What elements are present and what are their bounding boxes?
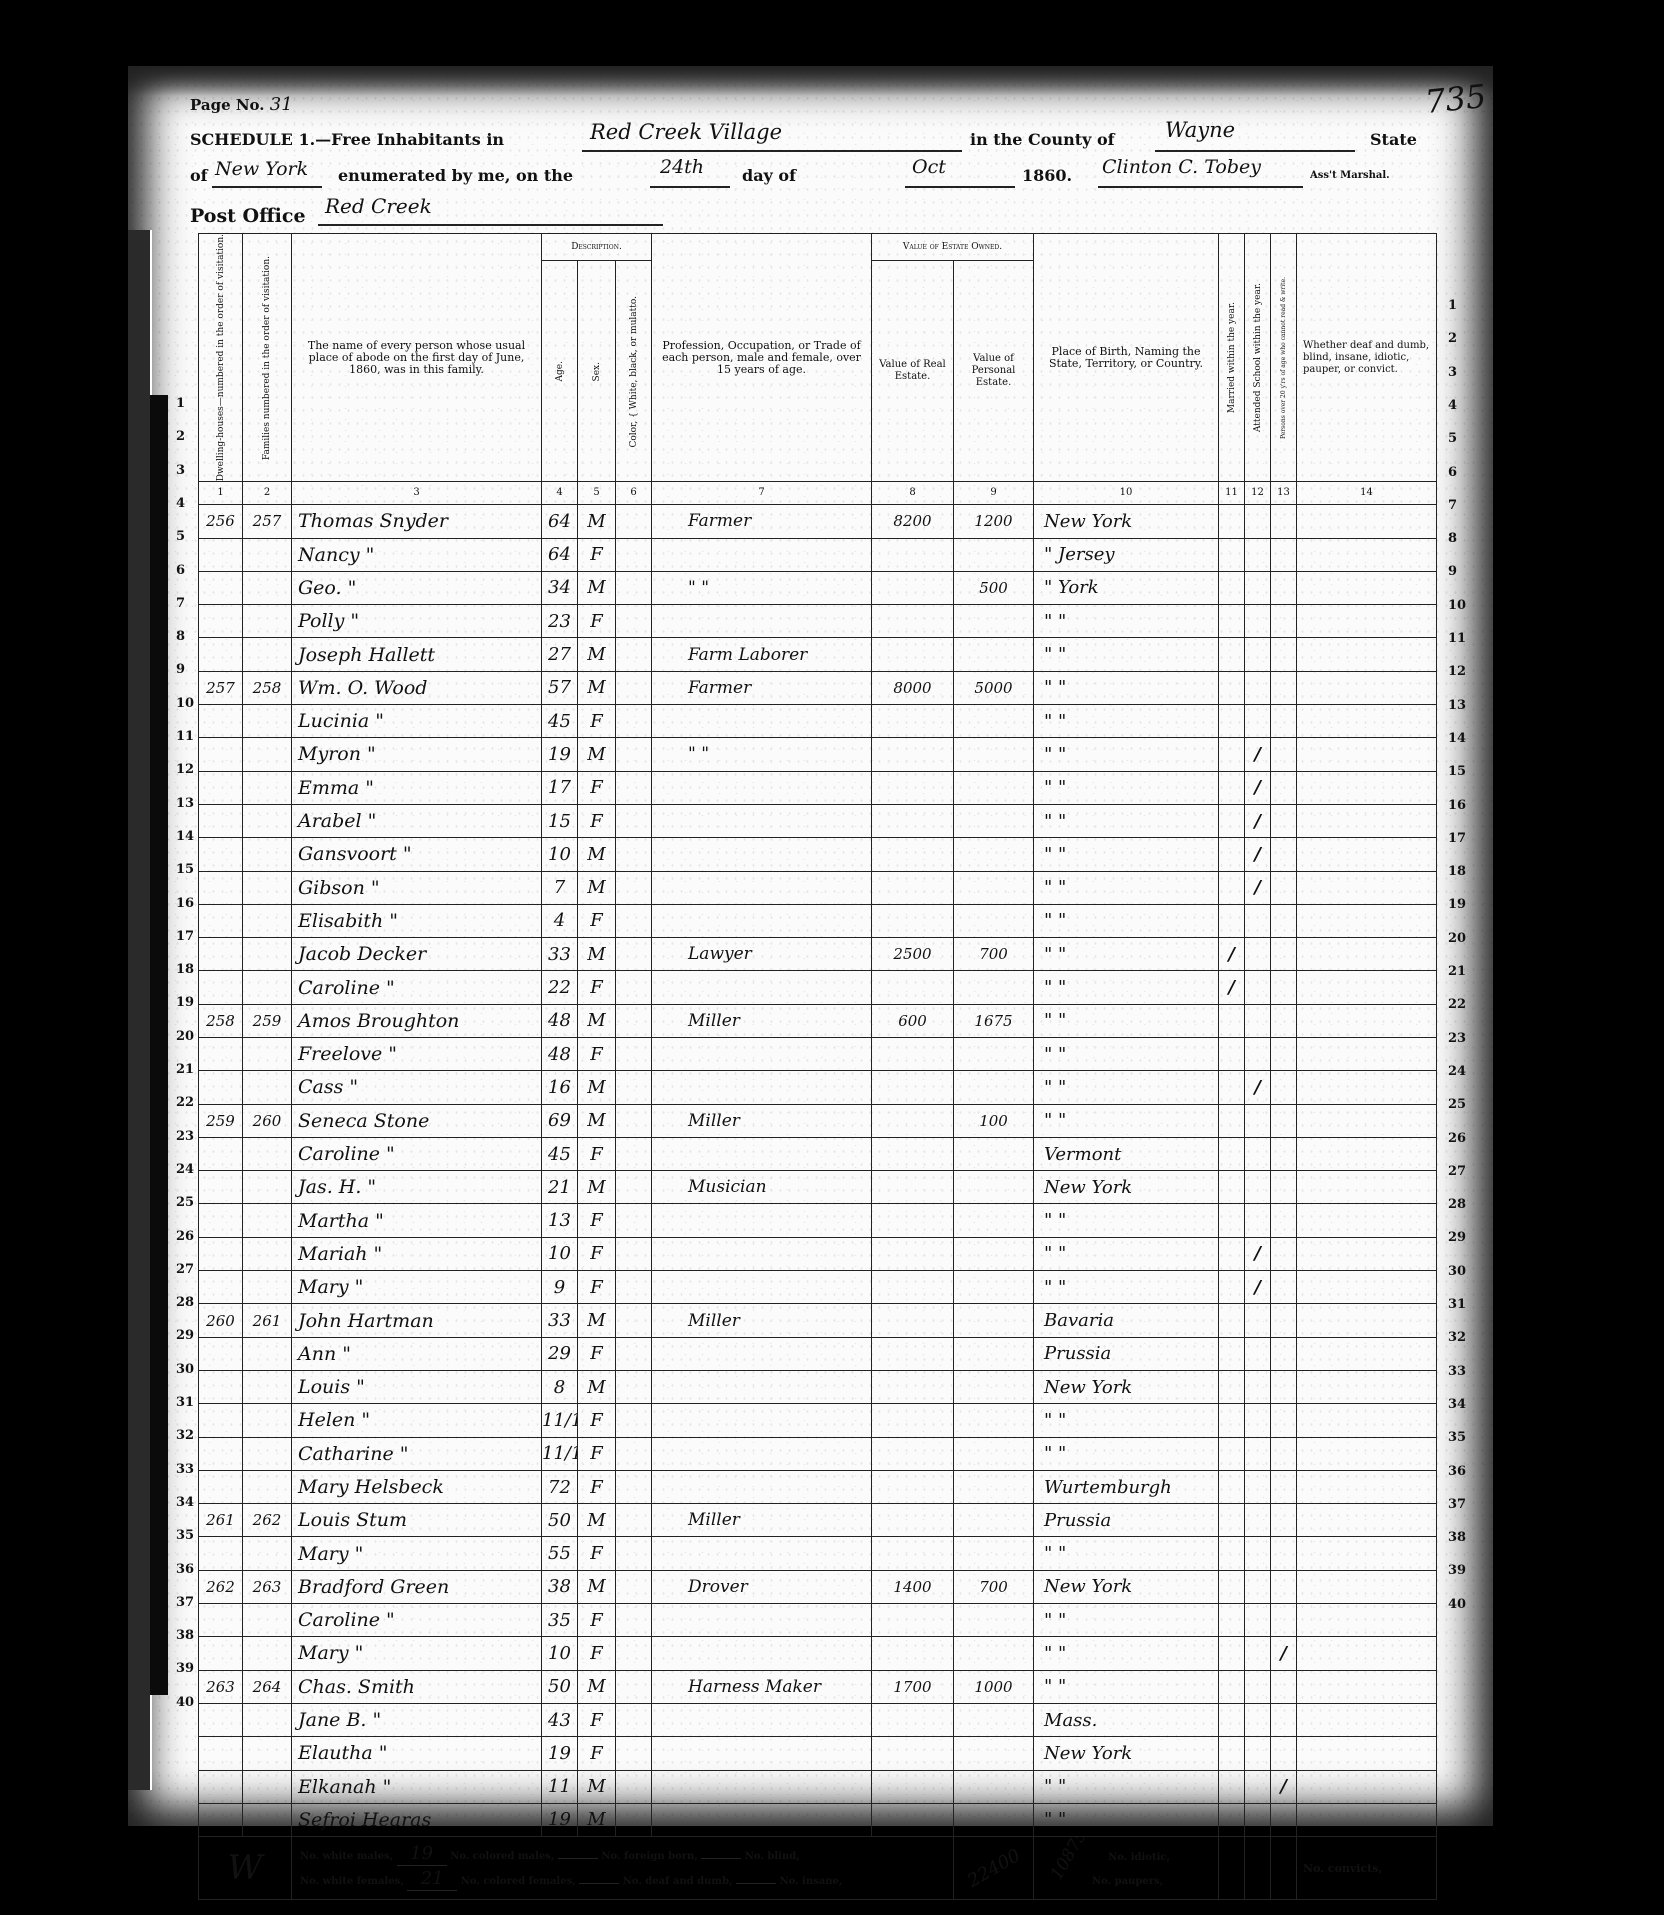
line-number-right: 23 <box>1448 1031 1488 1046</box>
birthplace: " " <box>1034 838 1219 871</box>
school-mark <box>1245 1437 1271 1470</box>
header-birthplace: Place of Birth, Naming the State, Territ… <box>1034 234 1219 482</box>
family-number: 257 <box>243 505 292 538</box>
personal-estate-value <box>954 1604 1034 1637</box>
real-estate-value <box>872 1271 954 1304</box>
table-row: Arabel "15F" "/ <box>199 804 1437 837</box>
of-label: of <box>190 166 208 185</box>
line-number-right: 9 <box>1448 564 1488 579</box>
dwelling-number <box>199 1604 243 1637</box>
family-number <box>243 1337 292 1370</box>
birthplace: " " <box>1034 1204 1219 1237</box>
disability <box>1297 1637 1437 1670</box>
color <box>616 1204 652 1237</box>
family-number <box>243 938 292 971</box>
birthplace: " " <box>1034 1071 1219 1104</box>
sex: F <box>578 1604 616 1637</box>
personal-estate-value: 1000 <box>954 1670 1034 1703</box>
occupation <box>652 1204 872 1237</box>
marshal-name: Clinton C. Tobey <box>1102 156 1261 178</box>
real-estate-value <box>872 1637 954 1670</box>
line-number-left: 33 <box>176 1462 196 1477</box>
line-number-left: 37 <box>176 1595 196 1610</box>
color <box>616 1271 652 1304</box>
year-label: 1860. <box>1022 166 1072 185</box>
line-number-left: 29 <box>176 1328 196 1343</box>
school-mark <box>1245 605 1271 638</box>
real-estate-value <box>872 1437 954 1470</box>
person-name: John Hartman <box>292 1304 542 1337</box>
person-name: Ann " <box>292 1337 542 1370</box>
line-number-right: 1 <box>1448 298 1488 313</box>
occupation <box>652 1038 872 1071</box>
person-name: Chas. Smith <box>292 1670 542 1703</box>
occupation <box>652 1271 872 1304</box>
family-number: 258 <box>243 671 292 704</box>
real-estate-value <box>872 1703 954 1736</box>
occupation: Miller <box>652 1304 872 1337</box>
person-name: Amos Broughton <box>292 1004 542 1037</box>
married-mark <box>1219 1171 1245 1204</box>
occupation <box>652 1370 872 1403</box>
personal-estate-value <box>954 1304 1034 1337</box>
illiterate-mark <box>1271 1271 1297 1304</box>
married-mark: / <box>1219 971 1245 1004</box>
occupation <box>652 1537 872 1570</box>
disability <box>1297 605 1437 638</box>
family-number <box>243 1204 292 1237</box>
birthplace: New York <box>1034 505 1219 538</box>
disability <box>1297 1337 1437 1370</box>
real-estate-value <box>872 1470 954 1503</box>
table-row: Freelove "48F" " <box>199 1038 1437 1071</box>
sex: M <box>578 1304 616 1337</box>
header-description-group: Description. <box>542 234 652 261</box>
age: 10 <box>542 1237 578 1270</box>
idiotic-label: No. idiotic, <box>1108 1852 1170 1863</box>
line-number-left: 2 <box>176 429 196 444</box>
birthplace: " " <box>1034 638 1219 671</box>
family-number <box>243 871 292 904</box>
person-name: Caroline " <box>292 971 542 1004</box>
header-married: Married within the year. <box>1219 234 1245 482</box>
school-mark: / <box>1245 738 1271 771</box>
sex: F <box>578 804 616 837</box>
birthplace: " " <box>1034 938 1219 971</box>
table-row: 262263Bradford Green38MDrover1400700New … <box>199 1570 1437 1603</box>
birthplace: " " <box>1034 1004 1219 1037</box>
married-mark <box>1219 1304 1245 1337</box>
occupation: Farmer <box>652 671 872 704</box>
state-label: State <box>1370 130 1417 149</box>
real-estate-value <box>872 1237 954 1270</box>
day-value: 24th <box>660 156 704 178</box>
table-row: 257258Wm. O. Wood57MFarmer80005000" " <box>199 671 1437 704</box>
age: 11 <box>542 1770 578 1803</box>
marshal-label: Ass't Marshal. <box>1310 170 1390 181</box>
sex: F <box>578 1470 616 1503</box>
header-dwelling: Dwelling-houses—numbered in the order of… <box>199 234 243 482</box>
sex: M <box>578 1171 616 1204</box>
sex: F <box>578 1137 616 1170</box>
disability <box>1297 1537 1437 1570</box>
personal-estate-value <box>954 1204 1034 1237</box>
school-mark <box>1245 671 1271 704</box>
illiterate-mark <box>1271 971 1297 1004</box>
page-number: 31 <box>270 94 293 115</box>
disability <box>1297 1271 1437 1304</box>
color <box>616 705 652 738</box>
color <box>616 638 652 671</box>
real-estate-value <box>872 1404 954 1437</box>
occupation <box>652 1337 872 1370</box>
table-row: Elautha "19FNew York <box>199 1737 1437 1770</box>
school-mark <box>1245 1404 1271 1437</box>
disability <box>1297 1770 1437 1803</box>
personal-estate-value <box>954 1171 1034 1204</box>
table-row: Caroline "35F" " <box>199 1604 1437 1637</box>
disability <box>1297 971 1437 1004</box>
personal-estate-value <box>954 1370 1034 1403</box>
table-row: Elkanah "11M" "/ <box>199 1770 1437 1803</box>
illiterate-mark <box>1271 1004 1297 1037</box>
color <box>616 1737 652 1770</box>
table-row: Louis "8MNew York <box>199 1370 1437 1403</box>
table-row: Martha "13F" " <box>199 1204 1437 1237</box>
color <box>616 1570 652 1603</box>
line-number-right: 30 <box>1448 1264 1488 1279</box>
real-estate-value <box>872 1504 954 1537</box>
school-mark <box>1245 1570 1271 1603</box>
dwelling-number <box>199 904 243 937</box>
line-number-right: 34 <box>1448 1397 1488 1412</box>
sex: M <box>578 1670 616 1703</box>
line-number-right: 26 <box>1448 1131 1488 1146</box>
line-number-right: 19 <box>1448 897 1488 912</box>
insane-label: No. insane, <box>779 1876 842 1887</box>
illiterate-mark: / <box>1271 1637 1297 1670</box>
sex: M <box>578 1570 616 1603</box>
illiterate-mark <box>1271 771 1297 804</box>
illiterate-mark <box>1271 705 1297 738</box>
family-number: 262 <box>243 1504 292 1537</box>
occupation: Musician <box>652 1171 872 1204</box>
line-number-right: 38 <box>1448 1530 1488 1545</box>
personal-estate-value <box>954 1071 1034 1104</box>
person-name: Lucinia " <box>292 705 542 738</box>
family-number <box>243 1637 292 1670</box>
birthplace: " " <box>1034 1604 1219 1637</box>
illiterate-mark <box>1271 1304 1297 1337</box>
disability <box>1297 505 1437 538</box>
personal-estate-value: 700 <box>954 1570 1034 1603</box>
married-mark <box>1219 1737 1245 1770</box>
age: 33 <box>542 938 578 971</box>
marshal-underline <box>1098 186 1303 188</box>
county-underline <box>1155 150 1355 152</box>
personal-estate-value: 500 <box>954 571 1034 604</box>
occupation: " " <box>652 571 872 604</box>
disability <box>1297 1237 1437 1270</box>
line-number-left: 20 <box>176 1029 196 1044</box>
sex: F <box>578 1038 616 1071</box>
deaf-dumb-label: No. deaf and dumb, <box>623 1876 733 1887</box>
dwelling-number <box>199 838 243 871</box>
married-mark <box>1219 671 1245 704</box>
personal-estate-value <box>954 871 1034 904</box>
dwelling-number <box>199 571 243 604</box>
married-mark <box>1219 1370 1245 1403</box>
birthplace: " " <box>1034 1404 1219 1437</box>
school-mark: / <box>1245 871 1271 904</box>
header-sex: Sex. <box>578 261 616 482</box>
color <box>616 505 652 538</box>
table-row: Ann "29FPrussia <box>199 1337 1437 1370</box>
illiterate-mark <box>1271 804 1297 837</box>
disability <box>1297 571 1437 604</box>
sex: M <box>578 938 616 971</box>
disability <box>1297 1304 1437 1337</box>
age: 33 <box>542 1304 578 1337</box>
scan-edge <box>128 66 1493 96</box>
county-label: in the County of <box>970 130 1115 149</box>
dwelling-number <box>199 1137 243 1170</box>
occupation <box>652 605 872 638</box>
family-number <box>243 838 292 871</box>
line-number-right: 33 <box>1448 1364 1488 1379</box>
line-number-left: 32 <box>176 1428 196 1443</box>
occupation <box>652 1071 872 1104</box>
real-estate-value <box>872 1537 954 1570</box>
color <box>616 804 652 837</box>
personal-estate-value <box>954 738 1034 771</box>
person-name: Gansvoort " <box>292 838 542 871</box>
color <box>616 1304 652 1337</box>
personal-estate-value <box>954 1337 1034 1370</box>
illiterate-mark <box>1271 1204 1297 1237</box>
married-mark <box>1219 605 1245 638</box>
birthplace: " " <box>1034 605 1219 638</box>
disability <box>1297 1470 1437 1503</box>
color <box>616 871 652 904</box>
birthplace: " " <box>1034 1271 1219 1304</box>
birthplace: Mass. <box>1034 1703 1219 1736</box>
color <box>616 1038 652 1071</box>
dwelling-number <box>199 971 243 1004</box>
sex: M <box>578 738 616 771</box>
dwelling-number <box>199 804 243 837</box>
person-name: Mary Helsbeck <box>292 1470 542 1503</box>
married-mark <box>1219 838 1245 871</box>
dwelling-number <box>199 1404 243 1437</box>
line-number-left: 28 <box>176 1295 196 1310</box>
birthplace: " York <box>1034 571 1219 604</box>
birthplace: New York <box>1034 1370 1219 1403</box>
colnum-1: 1 <box>199 482 243 505</box>
line-number-right: 6 <box>1448 465 1488 480</box>
line-number-left: 6 <box>176 563 196 578</box>
occupation <box>652 538 872 571</box>
table-row: Mary "55F" " <box>199 1537 1437 1570</box>
birthplace: " " <box>1034 705 1219 738</box>
married-mark <box>1219 1437 1245 1470</box>
sex: F <box>578 1404 616 1437</box>
personal-estate-value <box>954 1038 1034 1071</box>
married-mark <box>1219 1237 1245 1270</box>
age: 19 <box>542 1803 578 1836</box>
school-mark: / <box>1245 1071 1271 1104</box>
colnum-2: 2 <box>243 482 292 505</box>
person-name: Catharine " <box>292 1437 542 1470</box>
real-estate-value <box>872 771 954 804</box>
birthplace: " " <box>1034 1104 1219 1137</box>
table-row: Caroline "45FVermont <box>199 1137 1437 1170</box>
line-number-right: 31 <box>1448 1297 1488 1312</box>
real-estate-value <box>872 705 954 738</box>
colnum-12: 12 <box>1245 482 1271 505</box>
person-name: Jane B. " <box>292 1703 542 1736</box>
age: 23 <box>542 605 578 638</box>
age: 19 <box>542 738 578 771</box>
birthplace: Wurtemburgh <box>1034 1470 1219 1503</box>
sex: F <box>578 1537 616 1570</box>
table-row: Catharine "11/12F" " <box>199 1437 1437 1470</box>
real-estate-value <box>872 1737 954 1770</box>
real-estate-value <box>872 1071 954 1104</box>
month-value: Oct <box>912 156 946 178</box>
color <box>616 671 652 704</box>
sex: M <box>578 571 616 604</box>
occupation <box>652 1703 872 1736</box>
line-number-left: 30 <box>176 1362 196 1377</box>
line-number-left: 38 <box>176 1628 196 1643</box>
line-number-right: 12 <box>1448 664 1488 679</box>
color <box>616 1470 652 1503</box>
personal-estate-value <box>954 1237 1034 1270</box>
line-number-right: 21 <box>1448 964 1488 979</box>
dwelling-number <box>199 1537 243 1570</box>
totals-married <box>1219 1837 1245 1900</box>
sex: M <box>578 871 616 904</box>
personal-estate-value <box>954 638 1034 671</box>
person-name: Mary " <box>292 1271 542 1304</box>
birthplace: " " <box>1034 1670 1219 1703</box>
table-row: Jacob Decker33MLawyer2500700" "/ <box>199 938 1437 971</box>
illiterate-mark <box>1271 1537 1297 1570</box>
colnum-10: 10 <box>1034 482 1219 505</box>
personal-estate-value <box>954 1770 1034 1803</box>
age: 22 <box>542 971 578 1004</box>
color <box>616 1703 652 1736</box>
personal-estate-value <box>954 1470 1034 1503</box>
occupation <box>652 971 872 1004</box>
line-number-right: 40 <box>1448 1597 1488 1612</box>
school-mark <box>1245 1537 1271 1570</box>
real-estate-value <box>872 871 954 904</box>
sex: M <box>578 1104 616 1137</box>
birthplace: " " <box>1034 904 1219 937</box>
totals-row: W No. white males, 19 No. colored males,… <box>199 1837 1437 1900</box>
personal-estate-value <box>954 538 1034 571</box>
disability <box>1297 838 1437 871</box>
header-age: Age. <box>542 261 578 482</box>
occupation <box>652 871 872 904</box>
illiterate-mark: / <box>1271 1770 1297 1803</box>
age: 38 <box>542 1570 578 1603</box>
disability <box>1297 1171 1437 1204</box>
age: 29 <box>542 1337 578 1370</box>
age: 19 <box>542 1737 578 1770</box>
folio-number: 735 <box>1423 77 1488 121</box>
real-estate-value <box>872 1803 954 1836</box>
header-school: Attended School within the year. <box>1245 234 1271 482</box>
married-mark <box>1219 1271 1245 1304</box>
sex: M <box>578 1803 616 1836</box>
personal-estate-value: 700 <box>954 938 1034 971</box>
dwelling-number <box>199 1237 243 1270</box>
person-name: Cass " <box>292 1071 542 1104</box>
birthplace: " " <box>1034 738 1219 771</box>
occupation <box>652 838 872 871</box>
header-real-estate: Value of Real Estate. <box>872 261 954 482</box>
real-estate-value <box>872 1304 954 1337</box>
binding-strip <box>128 230 152 1790</box>
age: 43 <box>542 1703 578 1736</box>
line-number-left: 19 <box>176 995 196 1010</box>
color <box>616 771 652 804</box>
birthplace: " " <box>1034 971 1219 1004</box>
illiterate-mark <box>1271 838 1297 871</box>
header-personal-estate: Value of Personal Estate. <box>954 261 1034 482</box>
person-name: Helen " <box>292 1404 542 1437</box>
disability <box>1297 1670 1437 1703</box>
census-table: Dwelling-houses—numbered in the order of… <box>198 233 1436 1900</box>
family-number <box>243 1370 292 1403</box>
table-row: 256257Thomas Snyder64MFarmer82001200New … <box>199 505 1437 538</box>
illiterate-mark <box>1271 1237 1297 1270</box>
real-estate-value <box>872 1171 954 1204</box>
sex: F <box>578 771 616 804</box>
page-label: Page No. 31 <box>190 94 293 115</box>
table-row: Sefroi Hearas19M" " <box>199 1803 1437 1836</box>
personal-estate-value <box>954 1737 1034 1770</box>
illiterate-mark <box>1271 1370 1297 1403</box>
school-mark <box>1245 1770 1271 1803</box>
personal-estate-value <box>954 1137 1034 1170</box>
school-mark: / <box>1245 1271 1271 1304</box>
line-number-left: 23 <box>176 1129 196 1144</box>
married-mark <box>1219 804 1245 837</box>
sex: F <box>578 1703 616 1736</box>
person-name: Gibson " <box>292 871 542 904</box>
line-number-right: 3 <box>1448 365 1488 380</box>
married-mark <box>1219 1071 1245 1104</box>
line-number-right: 15 <box>1448 764 1488 779</box>
married-mark: / <box>1219 938 1245 971</box>
occupation: Miller <box>652 1104 872 1137</box>
dwelling-number <box>199 738 243 771</box>
line-number-right: 24 <box>1448 1064 1488 1079</box>
family-number <box>243 1803 292 1836</box>
post-office-label: Post Office <box>190 205 306 227</box>
school-mark <box>1245 1470 1271 1503</box>
enumerated-label: enumerated by me, on the <box>338 166 573 185</box>
dwelling-number <box>199 1337 243 1370</box>
place-value: Red Creek Village <box>590 120 782 144</box>
column-number-row: 1 2 3 4 5 6 7 8 9 10 11 12 13 14 <box>199 482 1437 505</box>
family-number <box>243 1703 292 1736</box>
line-number-left: 16 <box>176 896 196 911</box>
